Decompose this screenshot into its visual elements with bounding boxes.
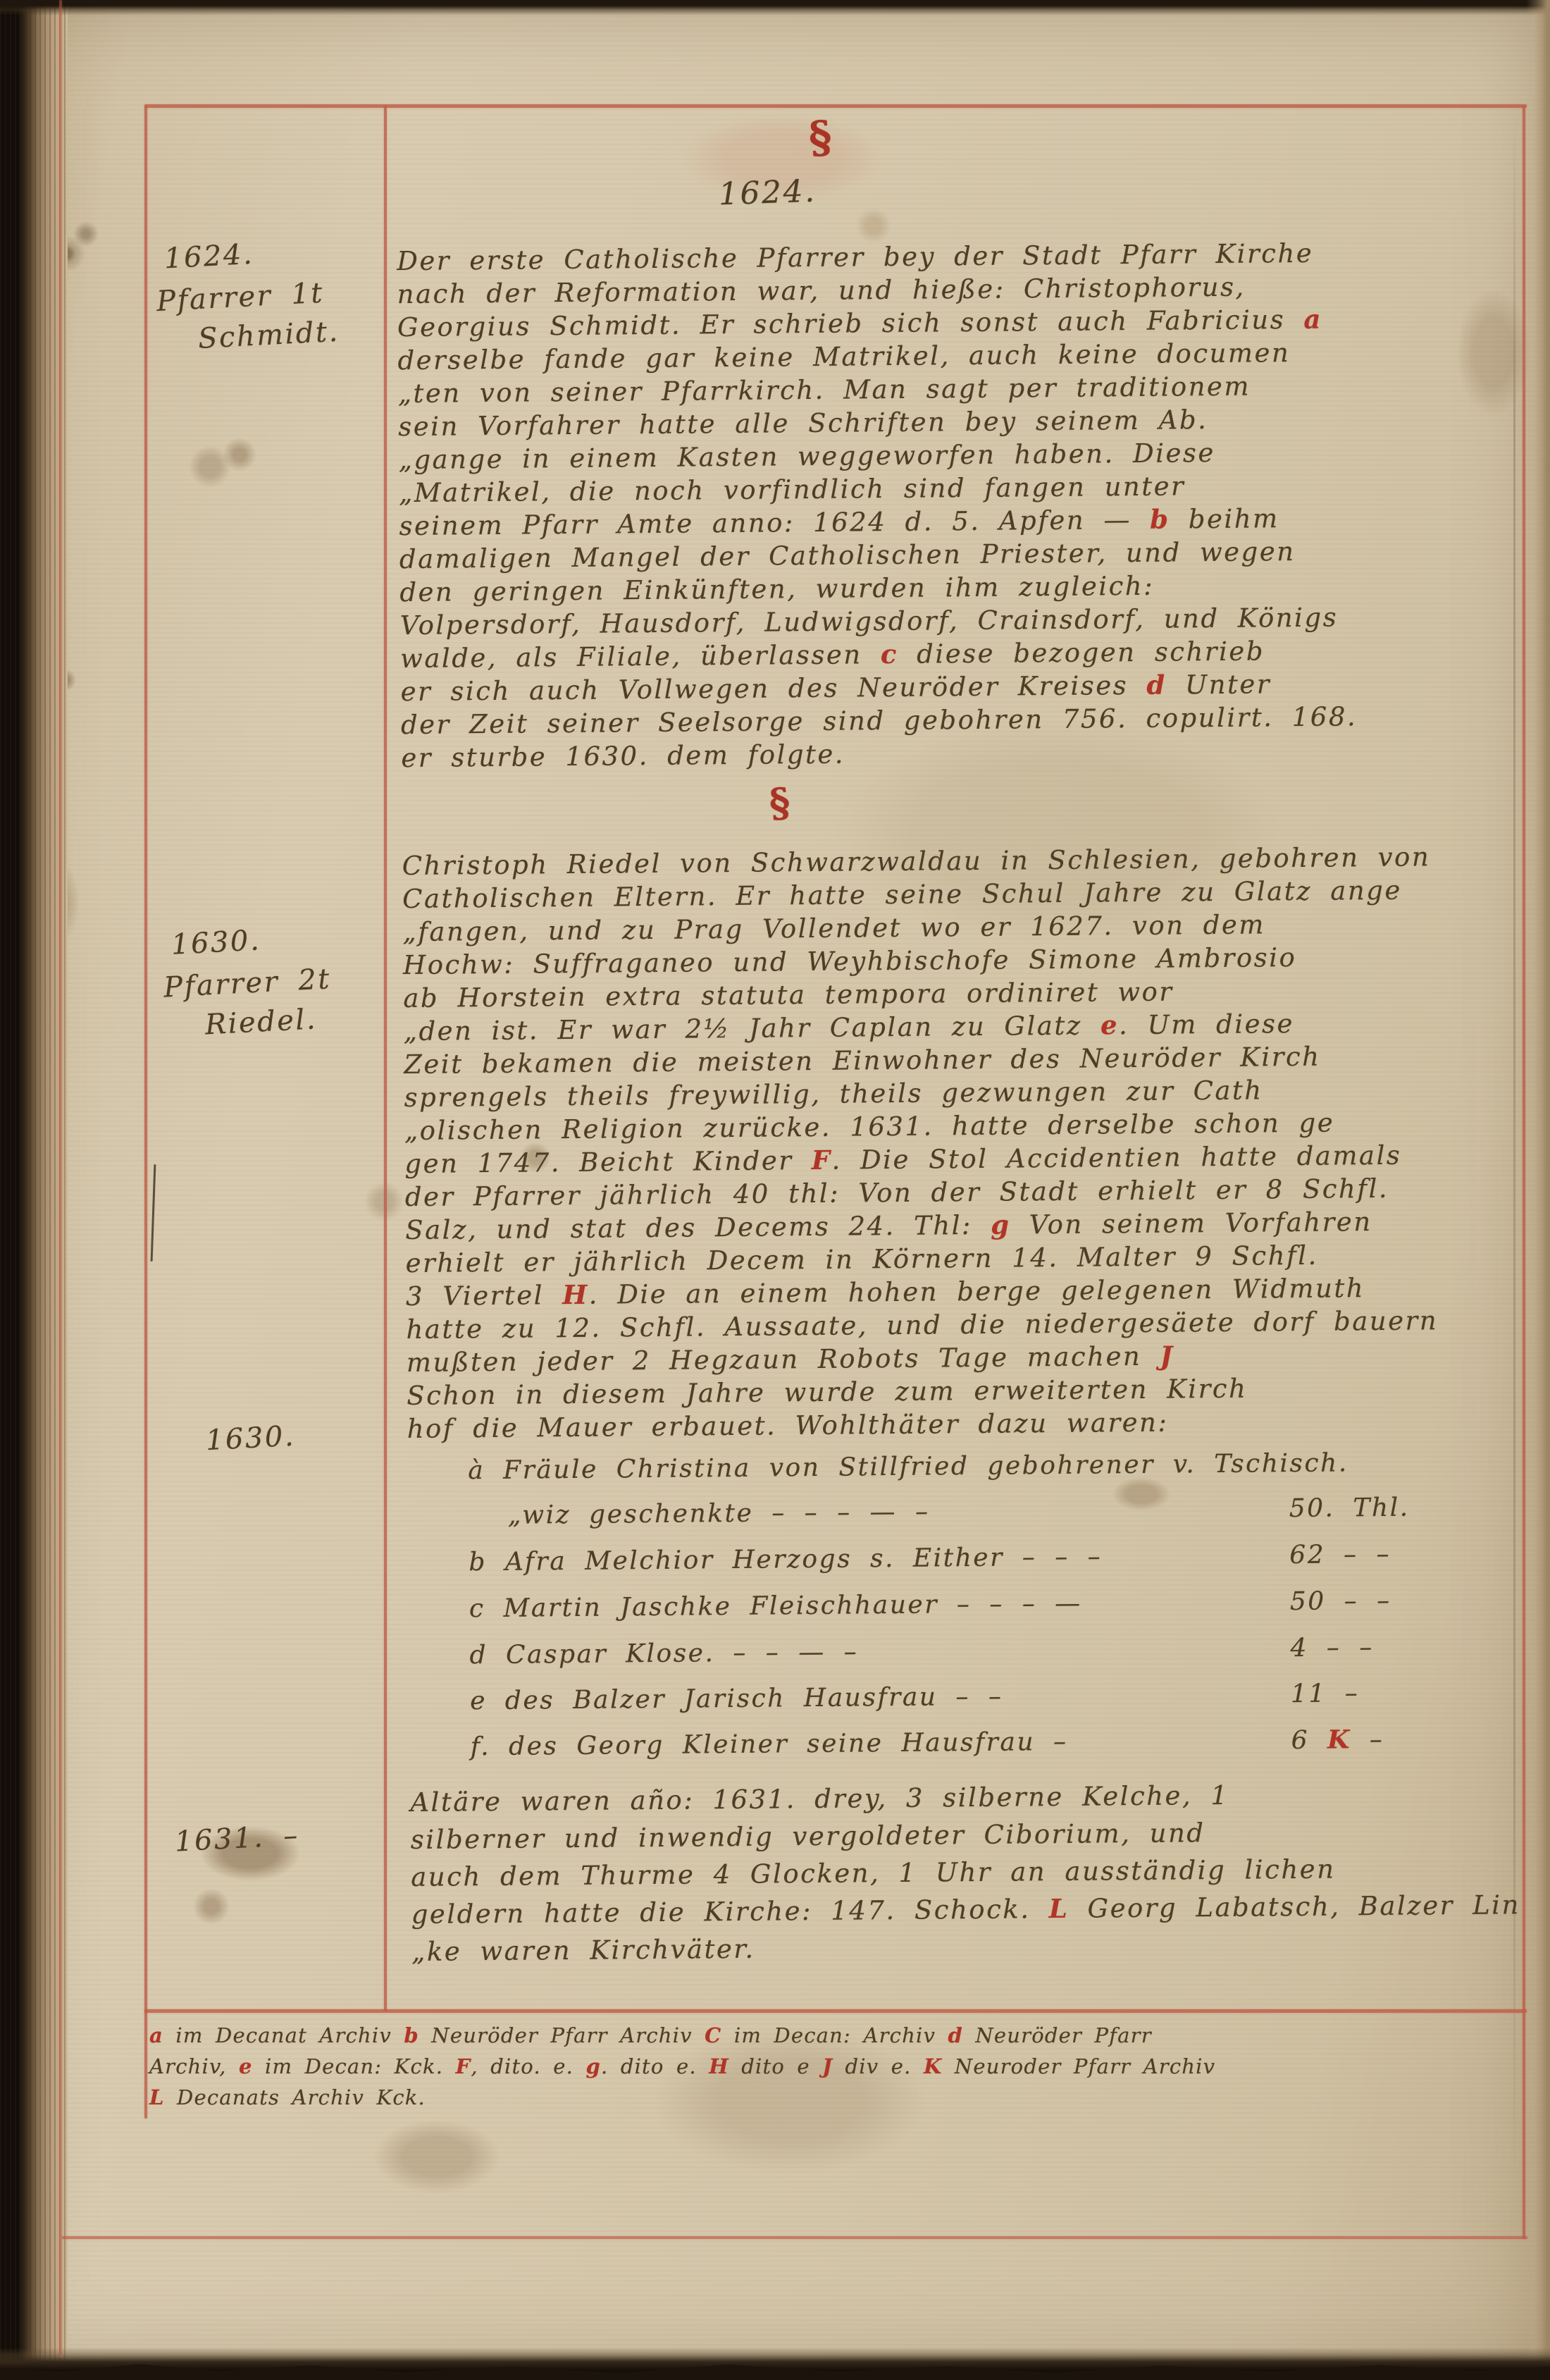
red-rule-left-margin	[144, 106, 147, 2119]
text-run: Neuröder Pfarr	[963, 2023, 1152, 2047]
text-run: im Decan: Kck.	[253, 2054, 456, 2078]
footnote-marker: L	[1049, 1893, 1069, 1924]
margin-role: Pfarrer 1t	[156, 276, 338, 318]
text-run: nach der Reformation war, und hieße: Chr…	[397, 272, 1245, 310]
text-line: a im Decanat Archiv b Neuröder Pfarr Arc…	[149, 2020, 1530, 2051]
text-run: den geringen Einkünften, wurden ihm zugl…	[399, 571, 1154, 608]
entry-1624-paragraph: Der erste Catholische Pfarrer bey der St…	[397, 236, 1358, 775]
footnote-marker: b	[404, 2023, 418, 2047]
ledger-row: d Caspar Klose. – – — –4 – –	[469, 1637, 858, 1670]
text-run: seinem Pfarr Amte anno: 1624 d. 5. Apfen…	[399, 505, 1150, 541]
text-run: mußten jeder 2 Hegzaun Robots Tage mache…	[407, 1341, 1160, 1378]
text-run: Georg Labatsch, Balzer Lin	[1069, 1889, 1520, 1924]
text-run: dito e	[729, 2054, 822, 2078]
footnote-marker: F	[456, 2054, 471, 2078]
entry-1631-paragraph: Altäre waren año: 1631. drey, 3 silberne…	[410, 1774, 1520, 1971]
text-run: „ten von seiner Pfarrkirch. Man sagt per…	[398, 371, 1251, 409]
text-run: Archiv,	[149, 2054, 239, 2078]
footnote-marker: d	[1146, 670, 1167, 701]
footnote-marker: J	[1160, 1340, 1174, 1371]
footnote-marker: J	[822, 2054, 833, 2078]
text-run: sein Vorfahrer hatte alle Schriften bey …	[398, 405, 1208, 442]
margin-year: 1630.	[170, 924, 261, 961]
text-run: sprengels theils freywillig, theils gezw…	[404, 1075, 1263, 1113]
margin-role: Pfarrer 2t	[163, 963, 332, 1004]
text-run: ab Horstein extra statuta tempora ordini…	[403, 977, 1174, 1014]
footnote-marker: e	[239, 2054, 253, 2078]
page-year-heading: 1624.	[718, 173, 817, 213]
ledger-value: 50 – –	[1290, 1586, 1391, 1616]
footnote-marker: K	[924, 2054, 942, 2078]
text-run: 62 – –	[1289, 1540, 1391, 1570]
footnote-marker: a	[149, 2023, 163, 2047]
text-run: , dito. e.	[471, 2054, 585, 2078]
text-run: . Die an einem hohen berge gelegenen Wid…	[589, 1273, 1365, 1310]
text-run: Neuroder Pfarr Archiv	[942, 2054, 1215, 2078]
footnote-marker: C	[705, 2023, 721, 2047]
text-run: „Matrikel, die noch vorfindlich sind fan…	[399, 471, 1185, 508]
footnote-marker: g	[586, 2054, 601, 2078]
red-rule-column-divider	[384, 106, 387, 2011]
text-run: 6	[1291, 1726, 1327, 1755]
text-run: Unter	[1167, 669, 1272, 700]
text-run: der Zeit seiner Seelsorge sind gebohren …	[401, 701, 1358, 740]
text-run: Salz, und stat des Decems 24. Thl:	[405, 1210, 991, 1245]
text-run: Schon in diesem Jahre wurde zum erweiter…	[407, 1374, 1247, 1411]
text-run: . dito e.	[601, 2054, 709, 2078]
footnote-marker: d	[948, 2023, 962, 2047]
text-run: div e.	[833, 2054, 924, 2078]
red-rule-bottom	[62, 2236, 1527, 2239]
text-run: . Die Stol Accidentien hatte damals	[831, 1140, 1401, 1176]
ledger-label: c Martin Jaschke Fleischhauer – – – —	[469, 1589, 1082, 1624]
text-run: Neuröder Pfarr Archiv	[419, 2023, 705, 2047]
red-rule-right	[1523, 106, 1525, 2239]
text-run: silberner und inwendig vergoldeter Cibor…	[411, 1818, 1205, 1855]
ledger-value: 62 – –	[1289, 1540, 1391, 1570]
text-run: damaligen Mangel der Catholischen Priest…	[399, 536, 1296, 574]
text-run: er sturbe 1630. dem folgte.	[401, 739, 845, 773]
margin-note-1630-rebuild: 1630.	[205, 1420, 296, 1457]
book-spine	[0, 0, 68, 2380]
text-run: b Afra Melchior Herzogs s. Either – – –	[469, 1542, 1102, 1577]
text-run: 11 –	[1291, 1679, 1360, 1708]
text-run: „gange in einem Kasten weggeworfen haben…	[399, 438, 1215, 475]
ledger-row: „wiz geschenkte – – – — –50. Thl.	[508, 1498, 930, 1530]
text-run: d Caspar Klose. – – — –	[469, 1637, 858, 1670]
footnote-marker: H	[562, 1279, 589, 1310]
text-run: Decanats Archiv Kck.	[165, 2085, 426, 2109]
footnote-marker: H	[709, 2054, 729, 2078]
text-run: 50 – –	[1290, 1586, 1391, 1616]
footnote-marker: F	[812, 1145, 832, 1176]
text-run: im Decan: Archiv	[721, 2023, 948, 2047]
text-run: e des Balzer Jarisch Hausfrau – –	[470, 1682, 1003, 1716]
ledger-row: b Afra Melchior Herzogs s. Either – – –6…	[469, 1542, 1102, 1577]
text-run: geldern hatte die Kirche: 147. Schock.	[411, 1894, 1049, 1930]
margin-year: 1624.	[163, 238, 254, 276]
footnote-block: a im Decanat Archiv b Neuröder Pfarr Arc…	[149, 2020, 1530, 2113]
margin-year: 1631. –	[174, 1819, 300, 1858]
ledger-value: 6 K –	[1291, 1725, 1384, 1755]
text-run: diese bezogen schrieb	[898, 636, 1265, 670]
entry-1630-paragraph: Christoph Riedel von Schwarzwaldau in Sc…	[402, 840, 1439, 1445]
ledger-label: f. des Georg Kleiner seine Hausfrau –	[470, 1727, 1067, 1761]
text-run: . Um diese	[1119, 1009, 1294, 1040]
text-run: 50. Thl.	[1289, 1493, 1410, 1523]
text-run: Altäre waren año: 1631. drey, 3 silberne…	[410, 1780, 1229, 1818]
ledger-label: e des Balzer Jarisch Hausfrau – –	[470, 1682, 1003, 1716]
book-top-edge	[0, 0, 1550, 16]
text-run: 3 Viertel	[406, 1280, 563, 1312]
text-run: „den ist. Er war 2½ Jahr Caplan zu Glatz	[404, 1010, 1101, 1047]
ledger-row: e des Balzer Jarisch Hausfrau – –11 –	[470, 1682, 1003, 1716]
text-run: hof die Mauer erbauet. Wohlthäter dazu w…	[407, 1407, 1169, 1444]
margin-year: 1630.	[205, 1420, 296, 1457]
red-rule-footnote-separator	[144, 2009, 1527, 2013]
margin-note-1630: 1630. Pfarrer 2t Riedel.	[170, 920, 334, 1042]
text-run: im Decanat Archiv	[163, 2023, 404, 2047]
text-run: beihm	[1170, 503, 1279, 534]
ledger-value: 50. Thl.	[1289, 1493, 1410, 1523]
ledger-label: d Caspar Klose. – – — –	[469, 1637, 858, 1670]
ledger-label: „wiz geschenkte – – – — –	[508, 1498, 930, 1530]
section-mark-icon: §	[807, 111, 833, 164]
text-line: Archiv, e im Decan: Kck. F, dito. e. g. …	[149, 2051, 1530, 2082]
text-run: –	[1351, 1725, 1384, 1754]
margin-note-1624: 1624. Pfarrer 1t Schmidt.	[163, 234, 340, 357]
margin-note-1631: 1631. –	[174, 1819, 300, 1858]
text-run: gen 1747. Beicht Kinder	[404, 1145, 812, 1179]
text-line: L Decanats Archiv Kck.	[149, 2082, 1530, 2113]
ledger-value: 4 – –	[1290, 1633, 1374, 1663]
footnote-marker: a	[1303, 304, 1322, 335]
text-run: „wiz geschenkte – – – — –	[508, 1498, 930, 1530]
footnote-marker: c	[881, 639, 898, 670]
text-run: 4 – –	[1290, 1633, 1374, 1663]
text-run: walde, als Filiale, überlassen	[400, 639, 881, 674]
text-run: „ke waren Kirchväter.	[411, 1934, 755, 1967]
red-rule-top	[144, 104, 1527, 108]
text-run: f. des Georg Kleiner seine Hausfrau –	[470, 1727, 1067, 1761]
text-run: er sich auch Vollwegen des Neuröder Krei…	[400, 670, 1146, 707]
text-run: auch dem Thurme 4 Glocken, 1 Uhr an auss…	[411, 1854, 1336, 1892]
text-run: Von seinem Vorfahren	[1010, 1207, 1372, 1240]
footnote-marker: b	[1150, 504, 1170, 535]
section-mark-icon: §	[767, 779, 791, 827]
manuscript-page: § 1624. 1624. Pfarrer 1t Schmidt. 1630. …	[0, 0, 1550, 2380]
red-rule-outer-left	[59, 0, 62, 2357]
footnote-marker: K	[1327, 1725, 1351, 1754]
ledger-row: c Martin Jaschke Fleischhauer – – – —50 …	[469, 1589, 1082, 1624]
footnote-marker: e	[1100, 1009, 1119, 1040]
ledger-value: 11 –	[1291, 1679, 1360, 1708]
ledger-label: b Afra Melchior Herzogs s. Either – – –	[469, 1542, 1102, 1577]
footnote-marker: g	[991, 1209, 1011, 1240]
footnote-marker: L	[149, 2085, 165, 2109]
text-run: c Martin Jaschke Fleischhauer – – – —	[469, 1589, 1082, 1624]
margin-name: Riedel.	[204, 1002, 334, 1041]
ledger-row: f. des Georg Kleiner seine Hausfrau –6 K…	[470, 1727, 1067, 1761]
